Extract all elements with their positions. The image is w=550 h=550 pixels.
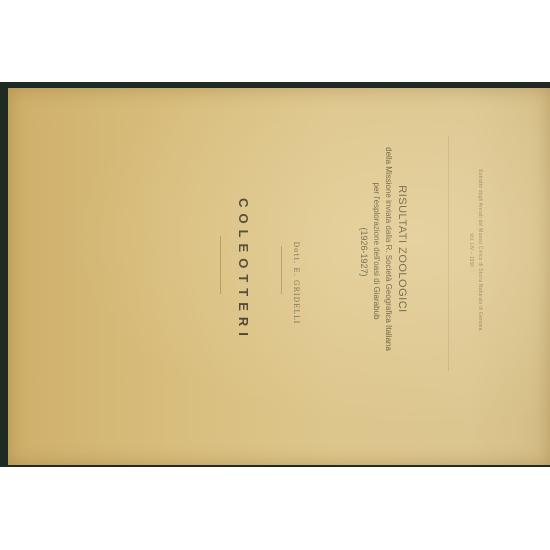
author-rule xyxy=(281,246,282,294)
subtitle-line-1: della Missione inviata dalla R. Società … xyxy=(384,134,393,364)
subtitle-line-2: per l'esplorazione dell'oasi di Giarabub xyxy=(372,166,381,336)
title-rule xyxy=(220,236,221,294)
heading: RISULTATI ZOOLOGICI xyxy=(396,174,408,324)
imprint-line-1: Estratto dagli Annali del Museo Civico d… xyxy=(477,150,483,350)
document-photo: Estratto dagli Annali del Museo Civico d… xyxy=(0,82,550,467)
paper-sheet: Estratto dagli Annali del Museo Civico d… xyxy=(8,88,550,465)
imprint-line-2: Vol. LIV – 1930 xyxy=(468,200,474,300)
years: (1926-1927) xyxy=(359,212,369,292)
document-title: COLEOTTERI xyxy=(236,190,251,350)
author: Dott. E. GRIDELLI xyxy=(292,228,300,338)
imprint-rule xyxy=(448,136,449,371)
